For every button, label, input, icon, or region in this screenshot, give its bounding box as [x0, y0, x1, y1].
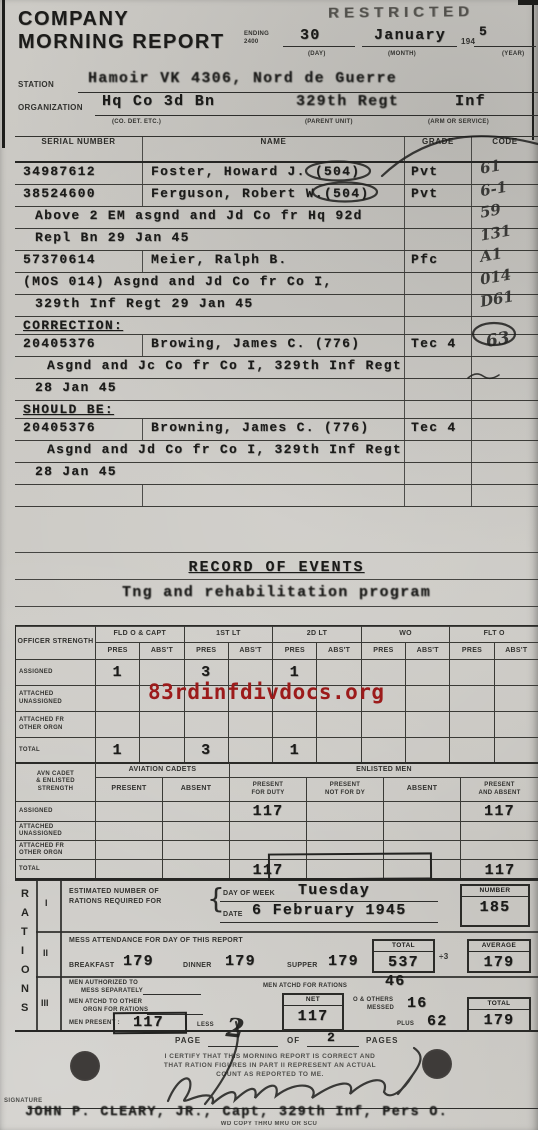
value-cell: [317, 712, 361, 738]
grade-cell: Tec 4: [405, 419, 472, 440]
grade-cell: [405, 441, 472, 462]
org-unit-sublabel: (CO. DET. ETC.): [112, 119, 161, 126]
value-cell: [229, 712, 273, 738]
label-line: OTHER ORGN: [19, 725, 63, 732]
rations-letter: O: [21, 964, 30, 976]
serial-cell: 20405376: [15, 335, 143, 356]
table-row: 57370614 Meier, Ralph B. Pfc A1: [15, 251, 538, 273]
handwritten-code: 61: [479, 156, 503, 177]
scan-edge-left: [2, 0, 5, 148]
value-cell: [96, 841, 163, 860]
label-line: AND ABSENT: [478, 790, 520, 797]
grade-cell: [405, 229, 472, 250]
rations-letter: T: [21, 926, 28, 938]
value-cell: 1: [96, 738, 140, 763]
mess-sep-label-2: MESS SEPARATELY: [81, 988, 143, 995]
code-cell: [472, 357, 538, 378]
month-sublabel: (MONTH): [388, 51, 416, 58]
sub-pres: PRES: [96, 643, 140, 660]
rations-section: R A T I O N S I II III ESTIMATED NUMBER …: [15, 878, 538, 1032]
value-cell: 1: [273, 738, 317, 763]
remark-cell: 329th Inf Regt 29 Jan 45: [15, 295, 405, 316]
value-cell: [96, 860, 163, 880]
value-cell: [307, 802, 384, 822]
grade-cell: Pvt: [405, 163, 472, 184]
label-line: NOT FOR DY: [325, 790, 365, 797]
year-sublabel: (YEAR): [502, 51, 524, 58]
numeral-III: III: [41, 998, 49, 1008]
value-cell: [317, 738, 361, 763]
estimated-label-2: RATIONS REQUIRED FOR: [69, 898, 162, 906]
label-line: OTHER ORGN: [19, 850, 63, 857]
table-row: 28 Jan 45: [15, 463, 538, 485]
row-label-total: TOTAL: [16, 860, 96, 880]
pages-label: PAGES: [366, 1036, 398, 1046]
events-title-row: RECORD OF EVENTS: [15, 553, 538, 580]
col-absent-em: ABSENT: [384, 778, 461, 802]
date-underline: [220, 909, 438, 923]
atchd-rations-value: 46: [385, 973, 406, 990]
personnel-roster-table: SERIAL NUMBER NAME GRADE CODE 34987612 F…: [15, 136, 538, 507]
col-header-grade: GRADE: [405, 137, 472, 161]
blank-cell: [143, 485, 405, 506]
table-row: 28 Jan 45: [15, 379, 538, 401]
atchd-rations-label: MEN ATCHD FOR RATIONS: [263, 983, 347, 990]
blank-line: [143, 984, 201, 995]
group-wo: WO: [362, 626, 451, 643]
grade-cell: [405, 273, 472, 294]
handwritten-code: 6-1: [479, 178, 509, 200]
value-cell: 117: [461, 860, 538, 880]
label-line: PRESENT: [253, 782, 283, 789]
of-label: OF: [287, 1036, 300, 1046]
remark-cell: Asgnd and Jc Co fr Co I, 329th Inf Regt: [15, 357, 405, 378]
col-present: PRESENT: [96, 778, 163, 802]
col-present-and-absent: PRESENTAND ABSENT: [461, 778, 538, 802]
numeral-II: II: [43, 948, 48, 958]
divider: [36, 976, 538, 978]
value-cell: [96, 822, 163, 841]
restricted-stamp: RESTRICTED: [328, 3, 474, 22]
col-header-serial: SERIAL NUMBER: [15, 137, 143, 161]
value-cell: [163, 860, 230, 880]
blank-ruled-row: [15, 530, 538, 553]
table-row: Repl Bn 29 Jan 45 131: [15, 229, 538, 251]
serial-cell: 34987612: [15, 163, 143, 184]
total-value: 537: [374, 952, 433, 971]
atchd-other-label-1: MEN ATCHD TO OTHER: [69, 999, 142, 1006]
value-cell: [362, 712, 406, 738]
sub-abst: ABS'T: [406, 643, 450, 660]
code-cell: [472, 379, 538, 400]
label-line: AVN CADET: [37, 771, 74, 778]
value-cell: [307, 822, 384, 841]
label-line: STRENGTH: [38, 786, 73, 793]
name-cell: Browning, James C. (776): [143, 419, 405, 440]
code-cell: [472, 463, 538, 484]
org-arm-sublabel: (ARM OR SERVICE): [428, 119, 489, 126]
sub-abst: ABS'T: [495, 643, 538, 660]
events-title: RECORD OF EVENTS: [188, 559, 364, 576]
officer-corner-label: OFFICER STRENGTH: [16, 626, 96, 660]
station-underline: [78, 76, 538, 93]
table-row: Above 2 EM asgnd and Jd Co fr Hq 92d 59: [15, 207, 538, 229]
day-sublabel: (DAY): [308, 51, 326, 58]
value-cell: [406, 712, 450, 738]
net-box: NET 117: [282, 993, 344, 1031]
remark-cell: Asgnd and Jd Co fr Co I, 329th Inf Regt: [15, 441, 405, 462]
plus-value: 62: [427, 1013, 448, 1030]
name-cell: Foster, Howard J. (504): [143, 163, 405, 184]
code-cell: [472, 419, 538, 440]
mess-total-box: TOTAL 537: [372, 939, 435, 973]
value-cell: [450, 686, 494, 712]
value-cell: [185, 712, 229, 738]
pen-box-total-117: [268, 852, 432, 880]
rations-letter: I: [21, 945, 24, 957]
value-cell: [450, 660, 494, 686]
value-cell: [230, 822, 307, 841]
blank-cell: [15, 485, 143, 506]
dinner-label: DINNER: [183, 962, 212, 970]
value-cell: [96, 686, 140, 712]
value-cell: [495, 660, 538, 686]
grade-cell: [405, 295, 472, 316]
name-cell: Browing, James C. (776): [143, 335, 405, 356]
value-cell: [406, 738, 450, 763]
total-label: TOTAL: [469, 999, 529, 1010]
roster-header-row: SERIAL NUMBER NAME GRADE CODE: [15, 137, 538, 163]
row-label-attached-fr-other: ATTACHED FROTHER ORGN: [16, 712, 96, 738]
supper-label: SUPPER: [287, 962, 318, 970]
section-label: CORRECTION:: [15, 317, 405, 334]
value-cell: [163, 841, 230, 860]
table-row: 20405376 Browing, James C. (776) Tec 4 6…: [15, 335, 538, 357]
label-line: ATTACHED: [19, 824, 54, 831]
label-line: UNASSIGNED: [19, 831, 62, 838]
supper-value: 179: [328, 953, 359, 970]
morning-report-scan: COMPANY MORNING REPORT RESTRICTED ENDING…: [0, 0, 538, 1130]
label-line: ATTACHED: [19, 691, 54, 698]
net-label: NET: [284, 995, 342, 1006]
label-line: PRESENT: [330, 782, 360, 789]
sub-abst: ABS'T: [229, 643, 273, 660]
form-title-line1: COMPANY: [18, 8, 129, 30]
rations-letter: A: [21, 907, 29, 919]
sub-pres: PRES: [273, 643, 317, 660]
serial-cell: 20405376: [15, 419, 143, 440]
group-enlisted-men: ENLISTED MEN: [230, 763, 538, 778]
value-cell: [461, 822, 538, 841]
col-absent: ABSENT: [163, 778, 230, 802]
handwritten-code: 63: [484, 328, 511, 352]
grade-cell: Tec 4: [405, 335, 472, 356]
group-fldo-capt: FLD O & CAPT: [96, 626, 185, 643]
grade-cell: [405, 463, 472, 484]
value-cell: [362, 738, 406, 763]
month-underline: [362, 30, 457, 47]
dinner-value: 179: [225, 953, 256, 970]
total-value: 179: [469, 1010, 529, 1029]
total-label: TOTAL: [374, 941, 433, 952]
certification-line-3: COUNT AS REPORTED TO ME.: [120, 1070, 420, 1080]
year-underline: [474, 30, 536, 47]
value-cell: [96, 802, 163, 822]
value-cell: [450, 738, 494, 763]
table-row: 20405376 Browning, James C. (776) Tec 4: [15, 419, 538, 441]
grade-cell: Pfc: [405, 251, 472, 272]
serial-cell: 57370614: [15, 251, 143, 272]
others-label-1: O & OTHERS: [353, 997, 393, 1004]
signer-name: JOHN P. CLEARY, JR., Capt, 329th Inf, Pe…: [25, 1105, 448, 1120]
others-value: 16: [407, 995, 428, 1012]
net-value: 117: [284, 1006, 342, 1025]
value-cell: [140, 738, 184, 763]
punch-hole-right: [422, 1049, 452, 1079]
value-cell: [163, 822, 230, 841]
blank-ruled-row: [15, 607, 538, 627]
row-label-total: TOTAL: [16, 738, 96, 763]
label-line: ATTACHED FR: [19, 717, 64, 724]
row-label-assigned: ASSIGNED: [16, 660, 96, 686]
value-cell: [273, 712, 317, 738]
remark-cell: 28 Jan 45: [15, 379, 405, 400]
record-of-events-section: RECORD OF EVENTS Tng and rehabilitation …: [15, 530, 538, 627]
col-header-name: NAME: [143, 137, 405, 161]
events-entry: Tng and rehabilitation program: [122, 584, 431, 601]
dow-underline: [220, 888, 438, 902]
divider: [36, 880, 38, 1030]
average-box: AVERAGE 179: [467, 939, 531, 973]
rations-letter: S: [21, 1002, 28, 1014]
table-row: Asgnd and Jc Co fr Co I, 329th Inf Regt: [15, 357, 538, 379]
grade-cell: [405, 207, 472, 228]
row-label-attached-unassigned: ATTACHEDUNASSIGNED: [16, 822, 96, 841]
signature-label: SIGNATURE: [4, 1098, 43, 1104]
numeral-I: I: [45, 898, 48, 908]
value-cell: [495, 686, 538, 712]
ending-label: ENDING: [244, 31, 269, 38]
handwritten-code: 014: [479, 265, 513, 288]
mess-sep-label-1: MEN AUTHORIZED TO: [69, 980, 138, 987]
grade-cell: [405, 317, 472, 334]
label-line: & ENLISTED: [36, 778, 75, 785]
remark-cell: 28 Jan 45: [15, 463, 405, 484]
col-present-for-duty: PRESENTFOR DUTY: [230, 778, 307, 802]
row-label-assigned: ASSIGNED: [16, 802, 96, 822]
handwritten-code: 59: [479, 200, 503, 221]
table-row: 329th Inf Regt 29 Jan 45 D61: [15, 295, 538, 317]
blank-cell: [472, 485, 538, 506]
code-cell: [472, 441, 538, 462]
grade-cell: [405, 357, 472, 378]
value-cell: 117: [461, 802, 538, 822]
scan-edge-right: [532, 0, 534, 140]
scan-corner-blob: [518, 0, 538, 5]
events-entry-row: Tng and rehabilitation program: [15, 580, 538, 607]
value-cell: [229, 738, 273, 763]
name-cell: Ferguson, Robert W.(504): [143, 185, 405, 206]
value-cell: [495, 738, 538, 763]
rations-total-box: TOTAL 179: [467, 997, 531, 1032]
day-underline: [283, 30, 355, 47]
value-cell: 117: [230, 802, 307, 822]
plus-label: PLUS: [397, 1021, 414, 1028]
code-cell: [472, 401, 538, 418]
page-label: PAGE: [175, 1036, 201, 1046]
handwritten-page-number: 2: [224, 1013, 245, 1045]
number-label: NUMBER: [462, 886, 528, 897]
site-watermark: 83rdinfdivdocs.org: [148, 680, 385, 704]
bottom-note: WD COPY THRU MRU OR SCU: [0, 1121, 538, 1127]
handwritten-code: 131: [479, 221, 513, 244]
average-label: AVERAGE: [469, 941, 529, 952]
group-2d-lt: 2D LT: [273, 626, 362, 643]
value-cell: 1: [96, 660, 140, 686]
men-present-value: 117: [133, 1014, 164, 1031]
station-label: STATION: [18, 80, 54, 90]
label-line: FOR DUTY: [251, 790, 284, 797]
remark-cell: Above 2 EM asgnd and Jd Co fr Hq 92d: [15, 207, 405, 228]
breakfast-value: 179: [123, 953, 154, 970]
rations-letter: N: [21, 983, 29, 995]
value-cell: [163, 802, 230, 822]
value-cell: [461, 841, 538, 860]
average-value: 179: [469, 952, 529, 971]
sub-pres: PRES: [185, 643, 229, 660]
value-cell: [384, 822, 461, 841]
rations-letter: R: [21, 888, 29, 900]
grade-cell: Pvt: [405, 185, 472, 206]
table-row-blank: [15, 485, 538, 507]
value-cell: 3: [185, 738, 229, 763]
sub-pres: PRES: [450, 643, 494, 660]
col-header-code: CODE: [472, 137, 538, 161]
punch-hole-left: [70, 1051, 100, 1081]
breakfast-label: BREAKFAST: [69, 962, 114, 970]
value-cell: [96, 712, 140, 738]
group-flt-o: FLT O: [450, 626, 538, 643]
grade-cell: [405, 379, 472, 400]
divide-by-3: ÷3: [439, 952, 448, 962]
label-line: PRESENT: [484, 782, 514, 789]
label-line: UNASSIGNED: [19, 699, 62, 706]
divider: [60, 880, 62, 1030]
value-cell: [140, 712, 184, 738]
less-label: LESS: [197, 1022, 214, 1029]
remark-cell: Repl Bn 29 Jan 45: [15, 229, 405, 250]
table-row: Asgnd and Jd Co fr Co I, 329th Inf Regt: [15, 441, 538, 463]
sub-pres: PRES: [362, 643, 406, 660]
group-1st-lt: 1ST LT: [185, 626, 274, 643]
value-cell: [495, 712, 538, 738]
serial-cell: 38524600: [15, 185, 143, 206]
section-label: SHOULD BE:: [15, 401, 405, 418]
signature-script: [168, 1076, 412, 1104]
code-cell: D61: [472, 295, 538, 316]
code-cell: 63: [472, 335, 538, 356]
mess-attendance-label: MESS ATTENDANCE FOR DAY OF THIS REPORT: [69, 937, 243, 945]
row-label-attached-unassigned: ATTACHEDUNASSIGNED: [16, 686, 96, 712]
estimated-label-1: ESTIMATED NUMBER OF: [69, 888, 159, 896]
sub-abst: ABS'T: [317, 643, 361, 660]
table-row-shouldbe-label: SHOULD BE:: [15, 401, 538, 419]
org-parent-sublabel: (PARENT UNIT): [305, 119, 353, 126]
divider: [36, 931, 538, 933]
label-line: ATTACHED FR: [19, 843, 64, 850]
org-underline: [95, 99, 538, 116]
handwritten-code: A1: [479, 244, 504, 266]
row-label-attached-fr-other: ATTACHED FROTHER ORGN: [16, 841, 96, 860]
table-row: 38524600 Ferguson, Robert W.(504) Pvt 6-…: [15, 185, 538, 207]
organization-label: ORGANIZATION: [18, 103, 83, 113]
grade-cell: [405, 401, 472, 418]
col-present-not-for-dy: PRESENTNOT FOR DY: [307, 778, 384, 802]
value-cell: [406, 660, 450, 686]
blank-cell: [405, 485, 472, 506]
name-cell: Meier, Ralph B.: [143, 251, 405, 272]
value-cell: [384, 802, 461, 822]
table-row-correction-label: CORRECTION:: [15, 317, 538, 335]
others-label-2: MESSED: [367, 1005, 394, 1012]
value-cell: [450, 712, 494, 738]
form-title-line2: MORNING REPORT: [18, 31, 225, 53]
value-cell: [406, 686, 450, 712]
remark-cell: (MOS 014) Asgnd and Jd Co fr Co I,: [15, 273, 405, 294]
pages-count: 2: [327, 1030, 336, 1045]
enlisted-corner-label: AVN CADET & ENLISTED STRENGTH: [16, 763, 96, 802]
table-row: 34987612 Foster, Howard J. (504) Pvt 61: [15, 163, 538, 185]
number-value: 185: [462, 897, 528, 916]
group-aviation-cadets: AVIATION CADETS: [96, 763, 230, 778]
table-row: (MOS 014) Asgnd and Jd Co fr Co I, 014: [15, 273, 538, 295]
number-box: NUMBER 185: [460, 884, 530, 927]
sub-abst: ABS'T: [140, 643, 184, 660]
ending-value: 2400: [244, 39, 259, 46]
